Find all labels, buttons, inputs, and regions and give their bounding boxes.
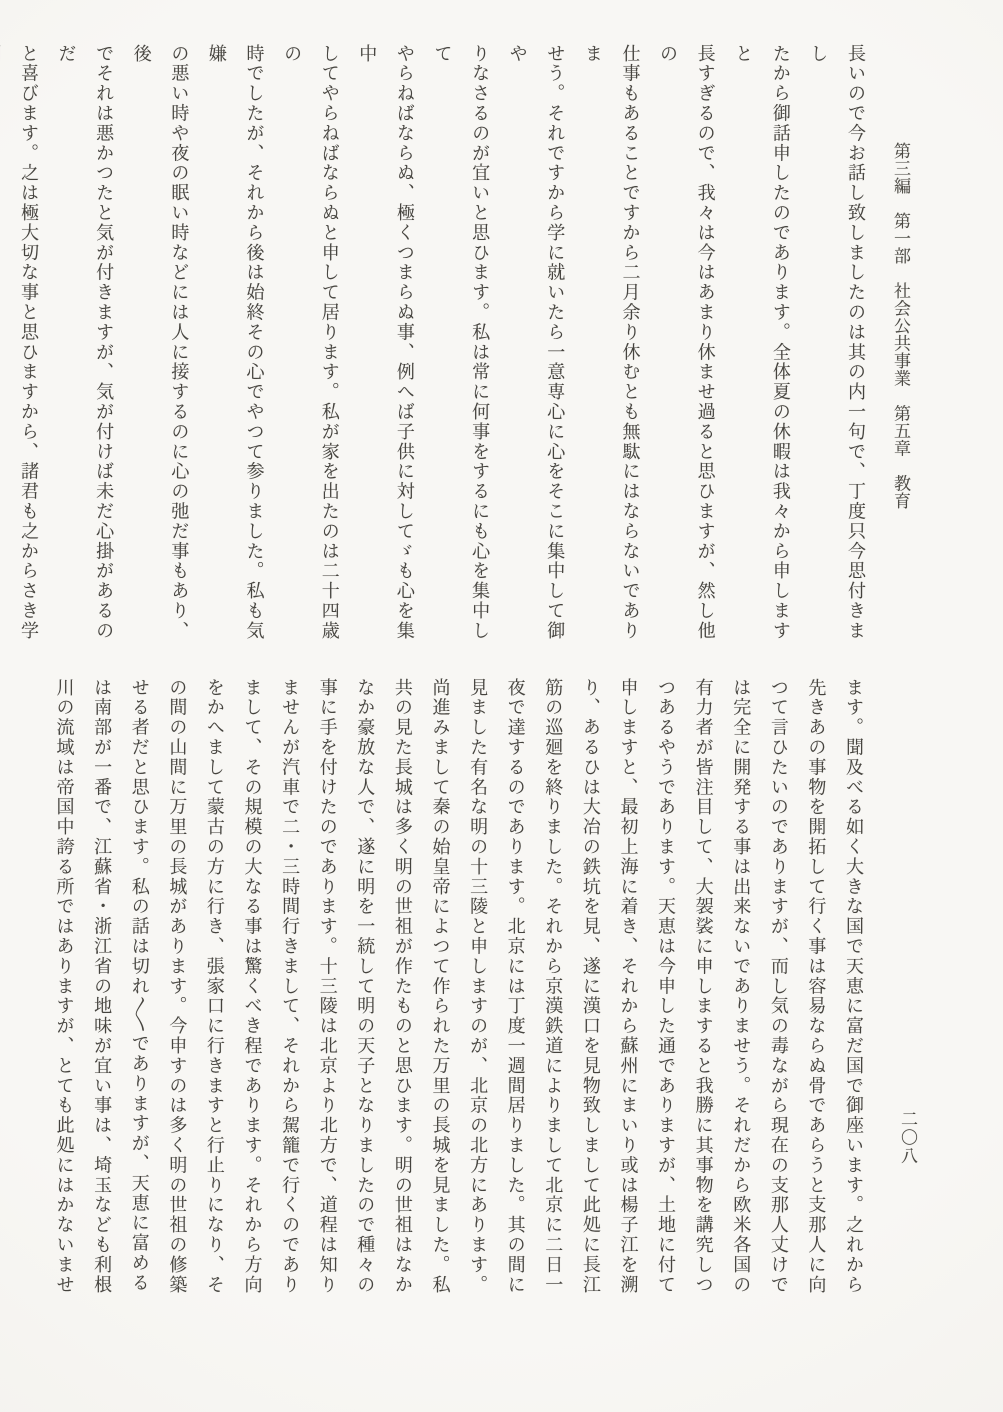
- text-line: やらねばならぬ、極くつまらぬ事、例へば子供に対してゞも心を集中: [348, 44, 423, 648]
- text-line: ます。聞及べる如く大きな国で天恵に富だ国で御座います。之れから: [834, 678, 872, 1300]
- text-line: り、あるひは大冶の鉄坑を見、遂に漢口を見物致しまして此処に長江: [571, 678, 609, 1300]
- text-line: ませんが汽車で二・三時間行きまして、それから駕籠で行くのであり: [271, 678, 309, 1300]
- scanned-book-page: 第三編 第一部 社会公共事業 第五章 教育 長いので今お話し致しましたのは其の内…: [0, 0, 1003, 1412]
- text-line: は南部が一番で、江蘇省・浙江省の地味が宜い事は、埼玉なども利根: [83, 678, 121, 1300]
- text-line: りなさるのが宜いと思ひます。私は常に何事をするにも心を集中して: [423, 44, 498, 648]
- text-line: 事に手を付けたのであります。十三陵は北京より北方で、道程は知り: [308, 678, 346, 1300]
- text-line: 有力者が皆注目して、大袈裟に申しますると我勝に其事物を講究しつ: [684, 678, 722, 1300]
- text-line: せう。それですから学に就いたら一意専心に心をそこに集中して御や: [498, 44, 573, 648]
- text-line: 尚進みまして秦の始皇帝によつて作られた万里の長城を見ました。私: [421, 678, 459, 1300]
- text-line: の悪い時や夜の眠い時などには人に接するのに心の弛だ事もあり、後: [122, 44, 197, 648]
- text-line: をかへまして蒙古の方に行き、張家口に行きますと行止りになり、そ: [195, 678, 233, 1300]
- text-line: の間の山間に万里の長城があります。今申すのは多く明の世祖の修築: [158, 678, 196, 1300]
- text-line: 共の見た長城は多く明の世祖が作たものと思ひます。明の世祖はなか: [383, 678, 421, 1300]
- text-line: 仕事もあることですから二月余り休むとも無駄にはならないでありま: [573, 44, 648, 648]
- text-line: 長すぎるので、我々は今はあまり休ませ過ると思ひますが、然し他の: [648, 44, 723, 648]
- text-line: なか豪放な人で、遂に明を一統して明の天子となりましたので種々の: [346, 678, 384, 1300]
- text-line: 夜で達するのであります。北京には丁度一週間居りました。其の間に: [496, 678, 534, 1300]
- text-line: つて言ひたいのでありますが、而し気の毒ながら現在の支那人丈けで: [759, 678, 797, 1300]
- text-line: でそれは悪かつたと気が付きますが、気が付けば未だ心掛があるのだ: [47, 44, 122, 648]
- text-line: 川の流域は帝国中誇る所ではありますが、とても此処にはかないませ: [45, 678, 83, 1300]
- text-line: は完全に開発する事は出来ないでありませう。それだから欧米各国の: [722, 678, 760, 1300]
- text-line: 筋の巡廻を終りました。それから京漢鉄道によりまして北京に二日一: [534, 678, 572, 1300]
- text-line: 時でしたが、それから後は始終その心でやつて参りました。私も気嫌: [197, 44, 272, 648]
- text-line: たから御話申したのであります。全体夏の休暇は我々から申しますと: [724, 44, 799, 648]
- text-line: と喜びます。之は極大切な事と思ひますから、諸君も之からさき学問: [0, 44, 47, 648]
- top-text-block: 長いので今お話し致しましたのは其の内一句で、丁度只今思付きましたから御話申したの…: [44, 44, 874, 648]
- page-number: 二〇八: [895, 1110, 920, 1166]
- text-line: してやらねばならぬと申して居ります。私が家を出たのは二十四歳の: [273, 44, 348, 648]
- text-line: つあるやうであります。天恵は今申した通でありますが、土地に付て: [646, 678, 684, 1300]
- text-line: 長いので今お話し致しましたのは其の内一句で、丁度只今思付きまし: [799, 44, 874, 648]
- text-line: まして、その規模の大なる事は驚くべき程であります。それから方向: [233, 678, 271, 1300]
- text-line: 見ました有名な明の十三陵と申しますのが、北京の北方にあります。: [458, 678, 496, 1300]
- text-line: 申しますと、最初上海に着き、それから蘇州にまいり或は楊子江を溯: [609, 678, 647, 1300]
- running-header: 第三編 第一部 社会公共事業 第五章 教育: [888, 142, 913, 510]
- bottom-text-block: ます。聞及べる如く大きな国で天恵に富だ国で御座います。之れから先きあの事物を開拓…: [38, 678, 872, 1300]
- text-line: せる者だと思ひます。私の話は切れ〱でありますが、天恵に富める: [120, 678, 158, 1300]
- text-line: 先きあの事物を開拓して行く事は容易ならぬ骨であらうと支那人に向: [797, 678, 835, 1300]
